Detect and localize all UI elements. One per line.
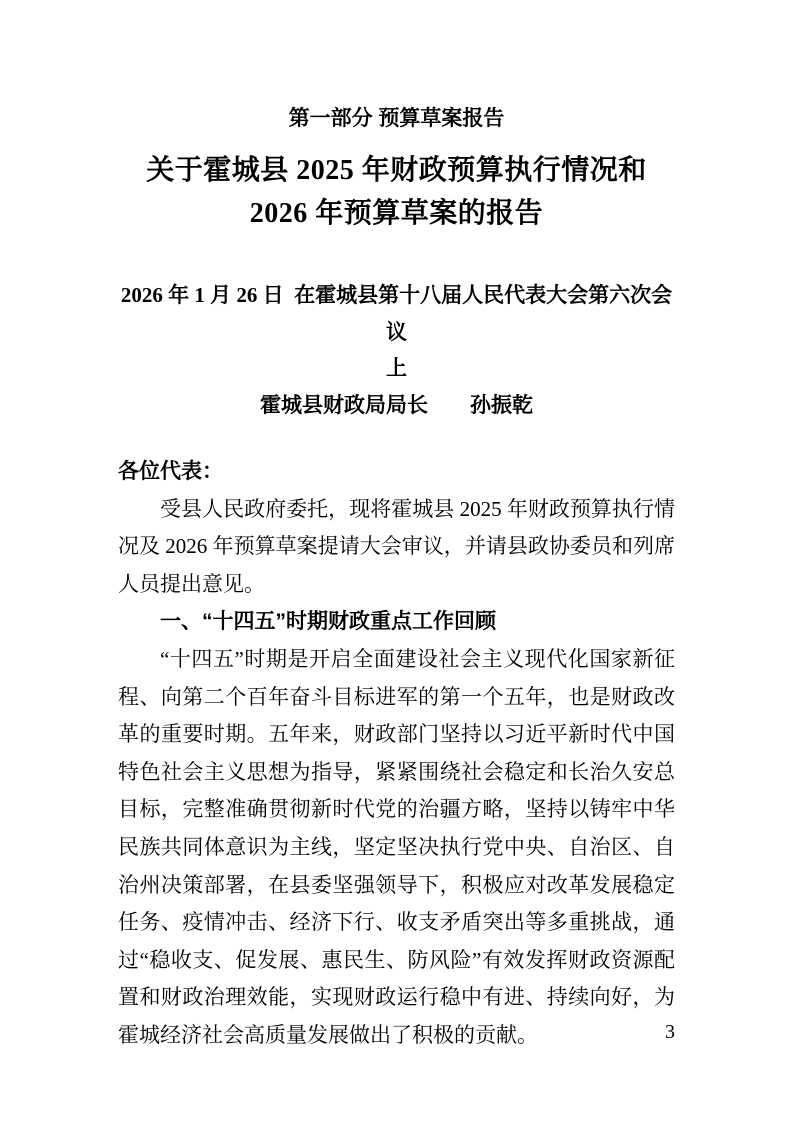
page-number: 3 <box>665 1018 675 1046</box>
meeting-date-line-wrap: 上 <box>118 350 675 387</box>
document-title-line2: 2026 年预算草案的报告 <box>118 192 675 235</box>
meeting-date-line: 2026 年 1 月 26 日 在霍城县第十八届人民代表大会第六次会议 <box>118 277 675 350</box>
meeting-info-block: 2026 年 1 月 26 日 在霍城县第十八届人民代表大会第六次会议 上 霍城… <box>118 277 675 423</box>
document-page: 第一部分 预算草案报告 关于霍城县 2025 年财政预算执行情况和 2026 年… <box>0 0 793 1122</box>
document-body: 各位代表： 受县人民政府委托，现将霍城县 2025 年财政预算执行情况及 202… <box>118 453 675 1055</box>
document-title-line1: 关于霍城县 2025 年财政预算执行情况和 <box>118 149 675 192</box>
document-title: 关于霍城县 2025 年财政预算执行情况和 2026 年预算草案的报告 <box>118 149 675 235</box>
review-paragraph: “十四五”时期是开启全面建设社会主义现代化国家新征程、向第二个百年奋斗目标进军的… <box>118 641 675 1055</box>
intro-paragraph: 受县人民政府委托，现将霍城县 2025 年财政预算执行情况及 2026 年预算草… <box>118 491 675 604</box>
speaker-line: 霍城县财政局局长 孙振乾 <box>118 387 675 424</box>
salutation: 各位代表： <box>118 453 675 491</box>
section-heading-1: 一、“十四五”时期财政重点工作回顾 <box>118 603 675 641</box>
part-heading: 第一部分 预算草案报告 <box>118 107 675 131</box>
